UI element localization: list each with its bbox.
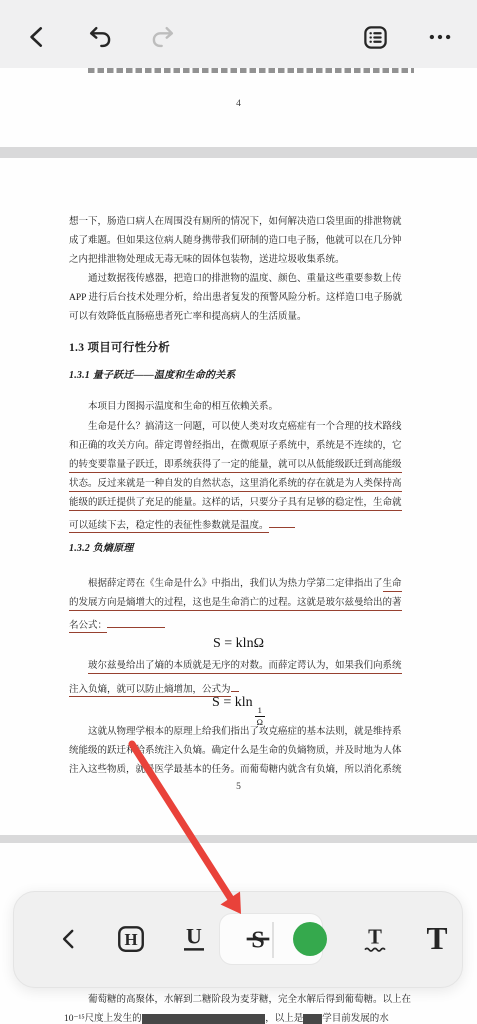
more-button[interactable] [418, 15, 462, 59]
outline-button[interactable] [353, 15, 397, 59]
chevron-left-icon [56, 926, 82, 952]
underline-tool-button[interactable]: U [172, 917, 216, 961]
undo-button[interactable] [78, 15, 122, 59]
svg-text:H: H [124, 930, 137, 949]
redo-button-disabled[interactable] [141, 15, 185, 59]
chevron-left-icon [24, 24, 50, 50]
svg-text:U: U [186, 924, 202, 949]
undo-icon [87, 24, 113, 50]
back-button[interactable] [15, 15, 59, 59]
text-icon: T [419, 921, 455, 957]
squiggly-underline-icon: T [359, 923, 391, 955]
redo-icon [150, 24, 176, 50]
top-toolbar [0, 0, 477, 68]
screen: { "colors": { "accent_green": "#35A94D",… [0, 0, 477, 1024]
annotation-toolbar: H U S T T [13, 891, 463, 988]
clipped-text-line [88, 68, 414, 73]
underline-icon: U [178, 923, 210, 955]
svg-text:T: T [368, 927, 382, 949]
color-swatch-button[interactable] [288, 917, 332, 961]
svg-text:S: S [251, 928, 264, 954]
outline-list-icon [362, 24, 389, 51]
text-tool-button[interactable]: T [415, 917, 459, 961]
strikethrough-icon: S [242, 923, 274, 955]
ellipsis-icon [427, 24, 453, 50]
highlight-tool-button[interactable]: H [109, 917, 153, 961]
squiggly-underline-tool-button[interactable]: T [353, 917, 397, 961]
strikethrough-tool-button[interactable]: S [236, 917, 280, 961]
green-color-swatch [293, 922, 327, 956]
highlight-icon: H [116, 924, 146, 954]
collapse-toolbar-button[interactable] [47, 917, 91, 961]
document-page-4 [0, 68, 477, 147]
document-page-5 [0, 158, 477, 835]
svg-text:T: T [426, 921, 447, 956]
